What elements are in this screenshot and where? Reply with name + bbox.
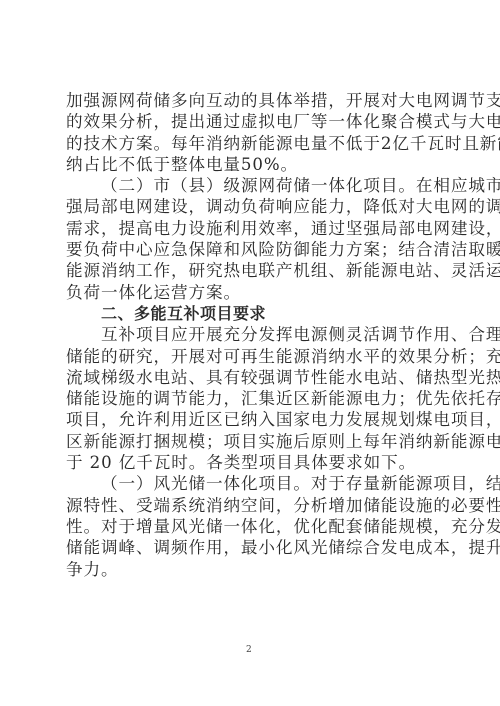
text-line: 强局部电网建设，调动负荷响应能力，降低对大电网的调节支撑: [66, 196, 436, 217]
page-number: 2: [246, 645, 252, 655]
document-body: 加强源网荷储多向互动的具体举措，开展对大电网调节支撑需求的效果分析，提出通过虚拟…: [66, 90, 436, 580]
text-line: 的效果分析，提出通过虚拟电厂等一体化聚合模式与大电网相联: [66, 111, 436, 132]
text-line: 争力。: [66, 559, 436, 580]
text-line: 流域梯级水电站、具有较强调节性能水电站、储热型光热电站、: [66, 367, 436, 388]
text-line: 能源消纳工作，研究热电联产机组、新能源电站、灵活运行电热: [66, 260, 436, 281]
text-line: 需求，提高电力设施利用效率，通过坚强局部电网建设，提出重: [66, 218, 436, 239]
text-line: （一）风光储一体化项目。对于存量新能源项目，结合新能: [66, 473, 436, 494]
text-line: 加强源网荷储多向互动的具体举措，开展对大电网调节支撑需求: [66, 90, 436, 111]
section-heading: 二、多能互补项目要求: [66, 303, 436, 324]
text-line: 的技术方案。每年消纳新能源电量不低于2亿千瓦时且新能源消: [66, 133, 436, 154]
text-line: 纳占比不低于整体电量50%。: [66, 154, 436, 175]
text-line: （二）市（县）级源网荷储一体化项目。在相应城市开展坚: [66, 175, 436, 196]
document-page: 加强源网荷储多向互动的具体举措，开展对大电网调节支撑需求的效果分析，提出通过虚拟…: [0, 0, 500, 706]
text-line: 要负荷中心应急保障和风险防御能力方案；结合清洁取暖和清洁: [66, 239, 436, 260]
text-line: 储能设施的调节能力，汇集近区新能源电力；优先依托存量煤电: [66, 388, 436, 409]
text-line: 储能调峰、调频作用，最小化风光储综合发电成本，提升综合竞: [66, 537, 436, 558]
text-line: 性。对于增量风光储一体化，优化配套储能规模，充分发挥配套: [66, 516, 436, 537]
text-line: 区新能源打捆规模；项目实施后原则上每年消纳新能源电量不低: [66, 431, 436, 452]
text-line: 于 20 亿千瓦时。各类型项目具体要求如下。: [66, 452, 436, 473]
text-line: 项目，允许利用近区已纳入国家电力发展规划煤电项目，扩大近: [66, 409, 436, 430]
text-line: 互补项目应开展充分发挥电源侧灵活调节作用、合理配置: [66, 324, 436, 345]
text-line: 储能的研究，开展对可再生能源消纳水平的效果分析；充分发挥: [66, 346, 436, 367]
text-line: 负荷一体化运营方案。: [66, 282, 436, 303]
text-line: 源特性、受端系统消纳空间，分析增加储能设施的必要性和可行: [66, 495, 436, 516]
